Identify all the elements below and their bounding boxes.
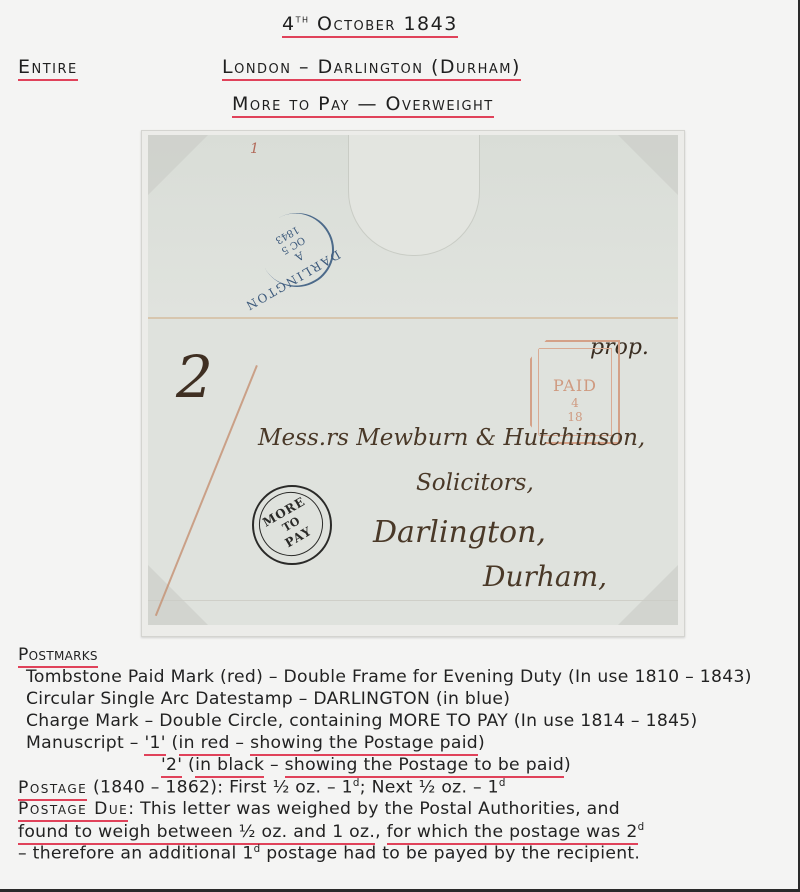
note-line-additional: – therefore an additional 1d postage had… xyxy=(18,843,640,864)
manuscript-mark-2: '2' xyxy=(161,755,182,778)
header-subject: More to Pay — Overweight xyxy=(232,93,494,115)
note-line-charge-mark: Charge Mark – Double Circle, containing … xyxy=(26,711,698,731)
paid-year: 18 xyxy=(532,410,618,424)
header-type: Entire xyxy=(18,56,78,78)
more-to-pay-stamp: MORE TO PAY xyxy=(252,485,332,565)
pence-sup: d xyxy=(638,821,645,833)
envelope-fold-line xyxy=(148,600,678,601)
paren-close: ) xyxy=(478,733,485,753)
manuscript-prefix: Manuscript – xyxy=(26,733,144,753)
route-label: London – Darlington (Durham) xyxy=(222,56,521,81)
envelope-flap xyxy=(148,135,678,319)
address-line-3: Darlington, xyxy=(373,515,546,550)
postage-was: for which the postage was 2 xyxy=(387,822,638,845)
comma: , xyxy=(375,822,387,842)
more-to-pay-inner-circle: MORE TO PAY xyxy=(247,480,334,567)
postage-rates-2: ; Next ½ oz. – 1 xyxy=(360,778,499,798)
note-line-weight: found to weigh between ½ oz. and 1 oz., … xyxy=(18,821,644,842)
address-line-4: Durham, xyxy=(483,560,607,593)
postmarks-heading-text: Postmarks xyxy=(18,645,98,668)
postage-rates: (1840 – 1862): First ½ oz. – 1 xyxy=(87,778,353,798)
paren-close: ) xyxy=(564,755,571,775)
postage-due-text: : This letter was weighed by the Postal … xyxy=(128,799,620,819)
meaning-to-be-paid: showing the Postage to be paid xyxy=(285,755,564,778)
manuscript-charge-2: 2 xyxy=(176,343,213,411)
weight-range: found to weigh between ½ oz. and 1 oz. xyxy=(18,822,375,845)
dash: – xyxy=(264,755,284,775)
mount-corner-icon xyxy=(618,565,678,625)
dash: – xyxy=(230,733,250,753)
paid-day: 4 xyxy=(532,396,618,410)
date-rest: October 1843 xyxy=(317,13,458,35)
paid-word: PAID xyxy=(532,376,618,395)
address-line-2: Solicitors, xyxy=(416,470,534,496)
pence-sup: d xyxy=(499,777,506,789)
note-line-postage-due: Postage Due: This letter was weighed by … xyxy=(18,799,620,819)
mount-corner-icon xyxy=(148,565,208,625)
envelope-seal-fold xyxy=(348,135,480,256)
ink-red: in red xyxy=(179,733,230,756)
postage-label: Postage xyxy=(18,778,87,801)
note-line-datestamp: Circular Single Arc Datestamp – DARLINGT… xyxy=(26,689,510,709)
note-line-tombstone: Tombstone Paid Mark (red) – Double Frame… xyxy=(26,667,752,687)
postmarks-heading: Postmarks xyxy=(18,645,98,665)
additional-text-2: postage had to be payed by the recipient… xyxy=(260,844,640,864)
album-page: 4th October 1843 Entire London – Darling… xyxy=(0,0,800,892)
manuscript-red-mark: 1 xyxy=(250,141,259,157)
postage-due-label: Postage Due xyxy=(18,799,128,822)
subject-label: More to Pay — Overweight xyxy=(232,93,494,118)
note-line-manuscript-2: '2' (in black – showing the Postage to b… xyxy=(161,755,571,775)
postal-entire-image: 1 DARLINGTON A OC 5 1843 2 prop. PAID 4 … xyxy=(148,135,678,625)
header-date: 4th October 1843 xyxy=(282,12,458,35)
note-line-manuscript-1: Manuscript – '1' (in red – showing the P… xyxy=(26,733,485,753)
address-line-1: Mess.rs Mewburn & Hutchinson, xyxy=(258,425,645,451)
additional-text: – therefore an additional 1 xyxy=(18,844,254,864)
date-suffix: th xyxy=(296,12,310,26)
paren-open: ( xyxy=(166,733,179,753)
pence-sup: d xyxy=(353,777,360,789)
note-line-postage: Postage (1840 – 1862): First ½ oz. – 1d;… xyxy=(18,777,506,798)
ink-black: in black xyxy=(195,755,264,778)
meaning-paid: showing the Postage paid xyxy=(250,733,478,756)
header-route: London – Darlington (Durham) xyxy=(222,56,521,78)
paren-open: ( xyxy=(182,755,195,775)
manuscript-mark-1: '1' xyxy=(144,733,165,756)
date-day: 4 xyxy=(282,13,296,35)
entire-label: Entire xyxy=(18,56,78,81)
